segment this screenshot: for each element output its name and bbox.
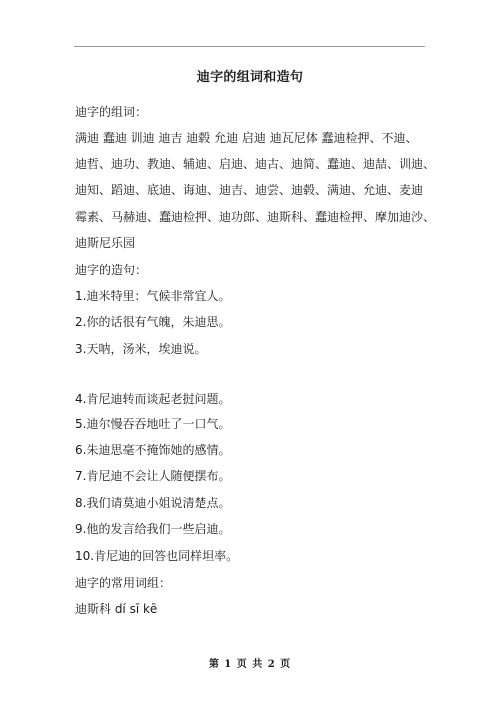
sentence-item: 4.肯尼迪转而谈起老挝问题。 bbox=[75, 391, 230, 407]
common-heading: 迪字的常用词组： bbox=[75, 575, 171, 591]
sentence-item: 5.迪尔慢吞吞地吐了一口气。 bbox=[75, 416, 230, 432]
header-rule bbox=[74, 46, 425, 47]
common-item: 迪斯科 dí sī kē bbox=[75, 601, 157, 617]
sentence-item: 1.迪米特里：气候非常宜人。 bbox=[75, 288, 230, 304]
words-heading: 迪字的组词： bbox=[75, 104, 147, 120]
page-footer: 第 1 页 共 2 页 bbox=[0, 655, 500, 670]
words-line: 霉素、马赫迪、蠢迪检押、迪功郎、迪斯科、蠢迪检押、摩加迪沙、 bbox=[75, 209, 435, 225]
words-line: 迪知、蹈迪、底迪、诲迪、迪吉、迪尝、迪毂、满迪、允迪、麦迪 bbox=[75, 182, 423, 198]
sentence-item: 6.朱迪思毫不掩饰她的感情。 bbox=[75, 442, 230, 458]
sentences-heading: 迪字的造句： bbox=[75, 262, 147, 278]
sentence-item: 3.天呐，汤米，埃迪说。 bbox=[75, 341, 206, 357]
sentence-item: 2.你的话很有气魄，朱迪思。 bbox=[75, 314, 230, 330]
sentence-item: 9.他的发言给我们一些启迪。 bbox=[75, 521, 230, 537]
words-line: 迪斯尼乐园 bbox=[75, 235, 135, 251]
sentence-item: 10.肯尼迪的回答也同样坦率。 bbox=[75, 548, 238, 564]
words-line: 迪哲、迪功、教迪、辅迪、启迪、迪古、迪简、蠢迪、迪喆、训迪、 bbox=[75, 156, 435, 172]
sentence-item: 7.肯尼迪不会让人随便摆布。 bbox=[75, 468, 230, 484]
sentence-item: 8.我们请莫迪小姐说清楚点。 bbox=[75, 495, 230, 511]
words-line: 满迪 蠢迪 训迪 迪吉 迪毂 允迪 启迪 迪瓦尼体 蠢迪检押、不迪、 bbox=[75, 130, 418, 146]
page-title: 迪字的组词和造句 bbox=[0, 66, 500, 85]
